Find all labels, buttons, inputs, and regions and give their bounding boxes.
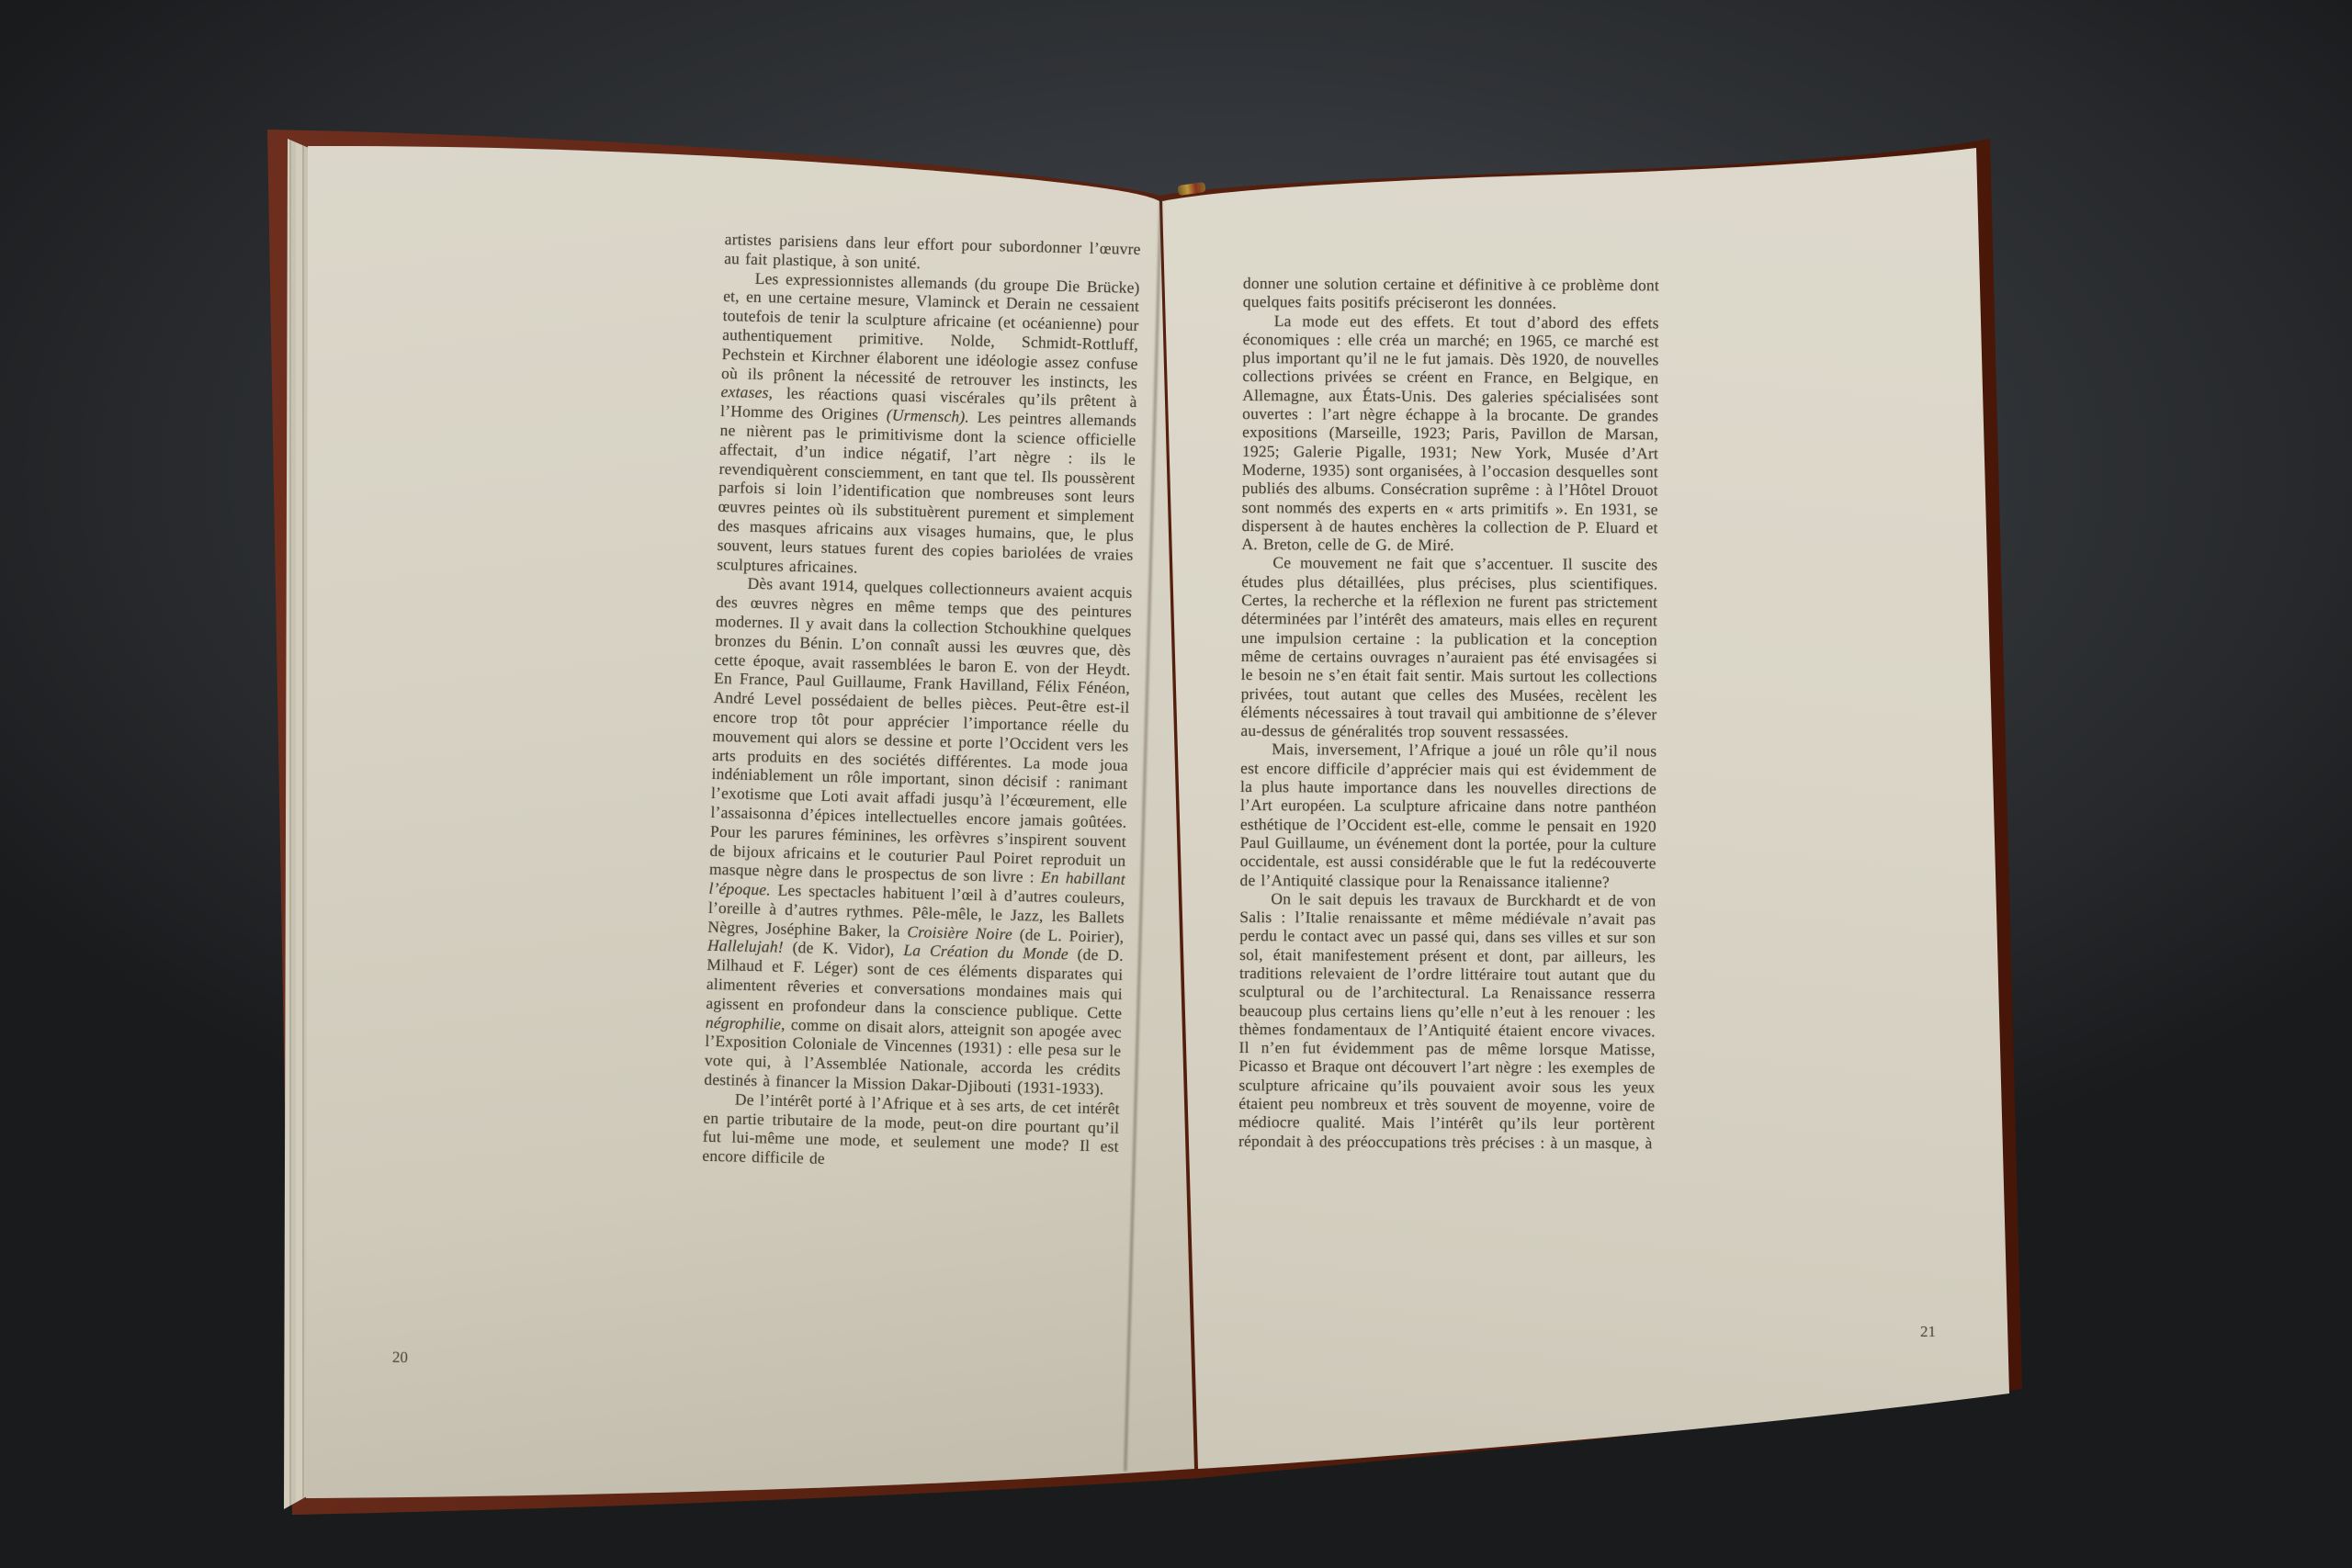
page-number-right: 21 xyxy=(1920,1323,1936,1341)
left-page-text: artistes parisiens dans leur effort pour… xyxy=(702,230,1141,1176)
photo-backdrop: artistes parisiens dans leur effort pour… xyxy=(0,0,2352,1568)
paragraph: Les expressionnistes allemands (du group… xyxy=(717,268,1140,584)
paragraph: donner une solution certaine et définiti… xyxy=(1243,274,1659,313)
paragraph: De l’intérêt porté à l’Afrique et à ses … xyxy=(702,1089,1120,1176)
right-page-text: donner une solution certaine et définiti… xyxy=(1238,274,1659,1152)
paragraph: La mode eut des effets. Et tout d’abord … xyxy=(1241,311,1658,556)
open-book: artistes parisiens dans leur effort pour… xyxy=(0,0,2352,1568)
paragraph: Dès avant 1914, quelques collectionneurs… xyxy=(704,573,1133,1099)
page-number-left: 20 xyxy=(392,1348,408,1367)
paragraph: On le sait depuis les travaux de Burckha… xyxy=(1238,889,1656,1153)
paragraph: Mais, inversement, l’Afrique a joué un r… xyxy=(1239,739,1657,891)
paragraph: Ce mouvement ne fait que s’accentuer. Il… xyxy=(1240,553,1657,741)
